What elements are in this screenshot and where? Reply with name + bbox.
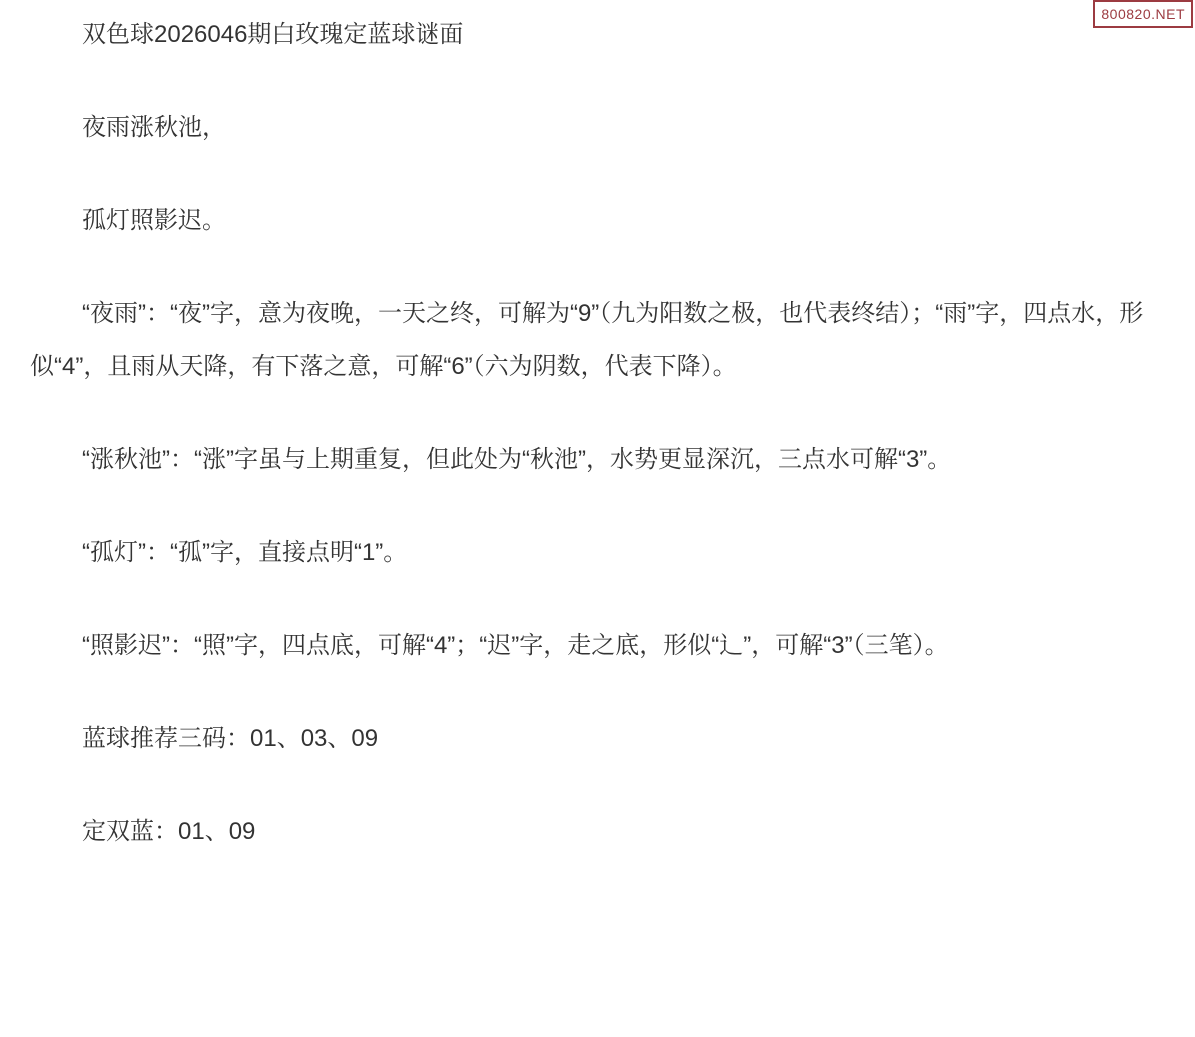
explanation-gu-deng: “孤灯”：“孤”字，直接点明“1”。 — [30, 526, 1165, 579]
explanation-ye-yu: “夜雨”：“夜”字，意为夜晚，一天之终，可解为“9”（九为阳数之极，也代表终结）… — [30, 287, 1165, 393]
explanation-zhao-ying-chi: “照影迟”：“照”字，四点底，可解“4”；“迟”字，走之底，形似“辶”，可解“3… — [30, 619, 1165, 672]
poem-line-1: 夜雨涨秋池， — [30, 101, 1165, 154]
explanation-zhang-qiu-chi: “涨秋池”：“涨”字虽与上期重复，但此处为“秋池”，水势更显深沉，三点水可解“3… — [30, 433, 1165, 486]
article-title: 双色球2026046期白玫瑰定蓝球谜面 — [30, 8, 1165, 61]
poem-line-2: 孤灯照影迟。 — [30, 194, 1165, 247]
watermark-badge: 800820.NET — [1093, 0, 1193, 28]
article-page: 双色球2026046期白玫瑰定蓝球谜面 夜雨涨秋池， 孤灯照影迟。 “夜雨”：“… — [0, 8, 1195, 858]
double-blue-picks: 定双蓝：01、09 — [30, 805, 1165, 858]
blue-ball-recommendation: 蓝球推荐三码：01、03、09 — [30, 712, 1165, 765]
